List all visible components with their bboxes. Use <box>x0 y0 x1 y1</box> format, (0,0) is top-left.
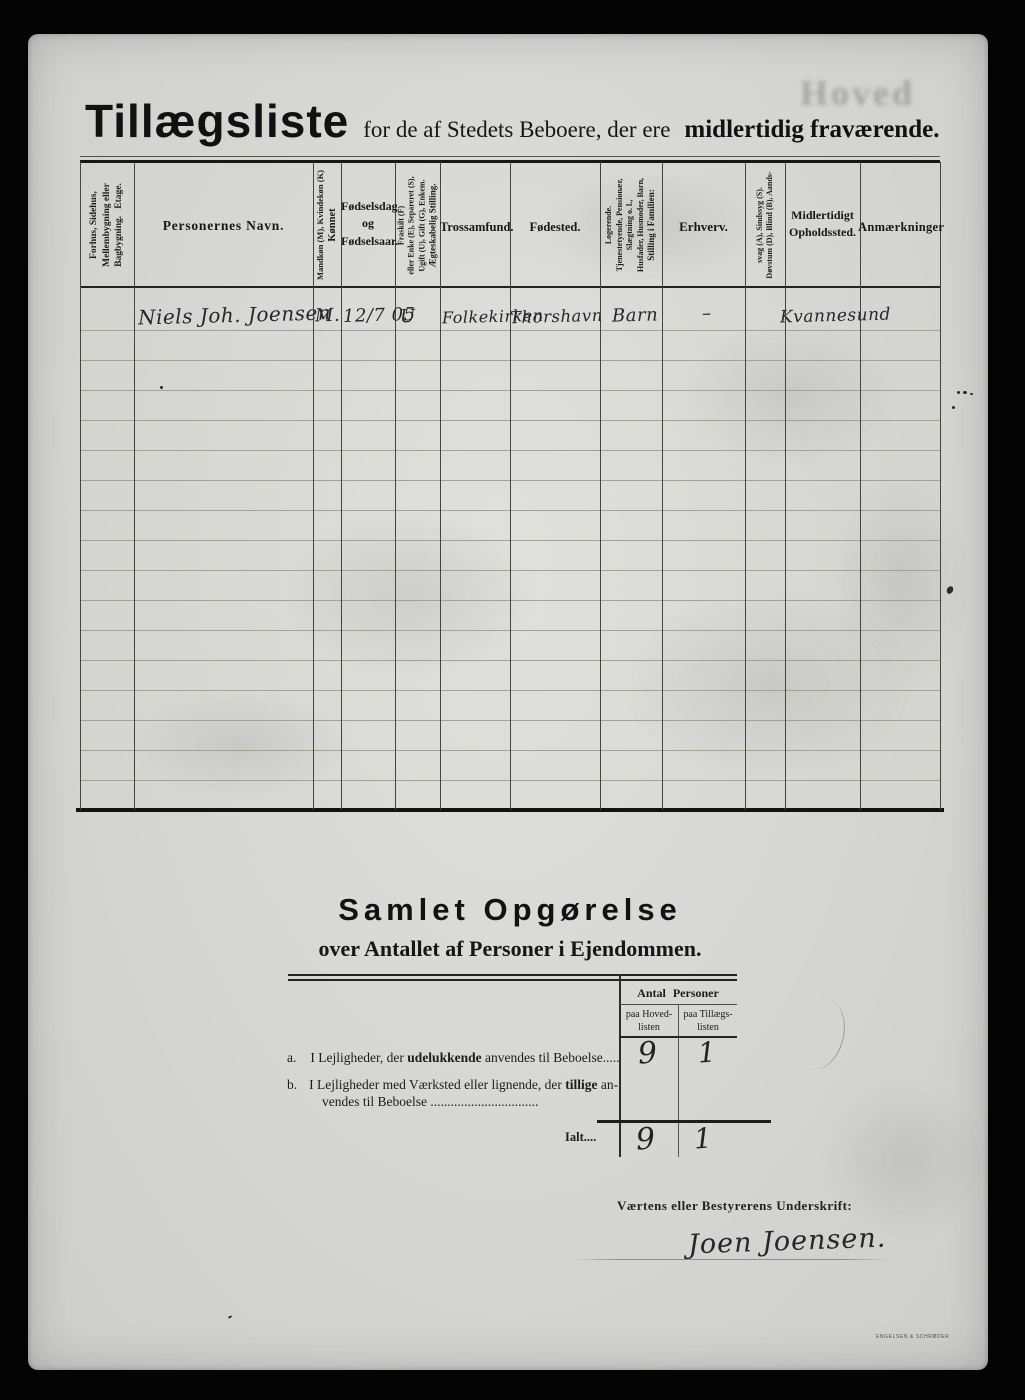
title-emphasis: midlertidig fraværende. <box>684 116 939 144</box>
header-building: Forhus, Sidehus, Mellembygning eller Bag… <box>81 164 133 286</box>
summary-total-hovedlisten-value: 9 <box>635 1121 656 1157</box>
header-birthplace: Fødested. <box>510 218 600 236</box>
header-marital-line: Fraskilt (F) <box>397 206 407 245</box>
summary-row-a-prefix: a. <box>287 1050 296 1065</box>
header-marital-line: eller Enke (E), Separeret (S), <box>407 176 417 274</box>
column-line <box>440 162 441 810</box>
summary-row-b-bold: tillige <box>565 1077 597 1092</box>
summary-row-a-text: anvendes til Beboelse..... <box>482 1050 620 1065</box>
printer-mark: ENGELSEN & SCHRØDER <box>876 1334 949 1340</box>
summary-total-rule <box>597 1120 771 1123</box>
header-family-line: Husfader, Husmoder, Barn, <box>636 178 646 272</box>
header-family-line: Tjenestetyende, Pensionær, <box>615 179 625 272</box>
header-birth: Fødselsdag og Fødselsaar. <box>341 198 395 250</box>
ink-speck <box>970 393 973 395</box>
summary-col1-line: paa Hoved- <box>620 1009 678 1022</box>
header-family: Logerende. Tjenestetyende, Pensionær, Sl… <box>601 164 661 286</box>
summary-col2-line: listen <box>679 1022 737 1035</box>
title-main: Tillægsliste <box>85 94 349 148</box>
header-whereabouts-line: Opholdssted. <box>785 224 860 241</box>
scanned-census-page: Hoved Tillægsliste for de af Stedets Beb… <box>0 0 1025 1400</box>
header-marital: Fraskilt (F) eller Enke (E), Separeret (… <box>397 164 440 288</box>
summary-heading: Samlet Opgørelse <box>290 892 730 928</box>
summary-col1-line: listen <box>620 1022 678 1035</box>
column-line <box>662 162 663 810</box>
summary-row-b-cont: vendes til Beboelse ....................… <box>322 1094 538 1110</box>
header-disability: svag (A), Sindssyg (S). Døvstum (D), Bli… <box>746 164 784 286</box>
header-marital-line: Ugift (U), Gift (G), Enkem. <box>417 179 427 271</box>
header-religion: Trossamfund. <box>440 218 510 236</box>
header-disability-line: Døvstum (D), Blind (B), Aands- <box>765 171 775 278</box>
summary-row-a: a.I Lejligheder, der udelukkende anvende… <box>287 1050 620 1066</box>
entry-birthplace: Thorshavn <box>510 306 603 327</box>
header-birth-line: Fødselsdag <box>341 198 395 215</box>
summary-top-rule <box>288 979 737 981</box>
signature-line <box>572 1259 890 1260</box>
header-birth-line: og <box>341 215 395 232</box>
summary-col2-header: paa Tillægs- listen <box>679 1009 737 1034</box>
header-birth-line: Fødselsaar. <box>341 233 395 250</box>
header-disability-line: svag (A), Sindssyg (S). <box>755 187 765 263</box>
header-remarks: Anmærkninger <box>858 218 942 236</box>
header-name: Personernes Navn. <box>134 216 313 236</box>
entry-name: Niels Joh. Joensen <box>138 300 332 329</box>
title-middle: for de af Stedets Beboere, der ere <box>363 117 670 143</box>
summary-row-b: b.I Lejligheder med Værksted eller ligne… <box>287 1077 618 1093</box>
summary-row-b-text: an- <box>598 1077 619 1092</box>
entry-whereabouts: Kvannesund <box>780 305 891 328</box>
header-marital-main: Ægteskabelig Stilling. <box>428 184 440 268</box>
summary-row-a-bold: udelukkende <box>407 1050 481 1065</box>
column-line <box>510 162 511 810</box>
header-family-line: Slægtning o. l., <box>625 200 635 250</box>
header-building-line: Bagbygning. Etage. <box>113 183 125 267</box>
summary-top-rule <box>288 974 737 976</box>
entry-marital: U <box>400 306 416 327</box>
summary-row-b-text: I Lejligheder med Værksted eller lignend… <box>309 1077 565 1092</box>
summary-row-a-text: I Lejligheder, der <box>310 1050 407 1065</box>
entry-occupation: – <box>702 303 712 324</box>
summary-total-label: Ialt.... <box>565 1130 596 1145</box>
header-occupation: Erhverv. <box>662 218 745 237</box>
column-line <box>785 162 786 810</box>
summary-a-hovedlisten-value: 9 <box>637 1035 658 1071</box>
summary-col2-line: paa Tillægs- <box>679 1009 737 1022</box>
summary-total-tillaegslisten-value: 1 <box>693 1121 713 1155</box>
ink-speck <box>963 391 967 394</box>
column-line <box>860 162 861 810</box>
summary-col-group: Antal Personer <box>619 986 737 1001</box>
header-whereabouts-line: Midlertidigt <box>785 207 860 224</box>
header-family-main: Stilling i Familien: <box>646 189 658 261</box>
ink-speck <box>952 406 955 409</box>
table-top-thin-rule <box>80 156 940 157</box>
header-sex-main: Kønnet <box>326 208 340 241</box>
column-line <box>341 162 342 810</box>
header-sex-detail: Mandkøn (M), Kvindekøn (K) <box>315 170 326 280</box>
entry-sex: M. <box>315 305 341 327</box>
summary-row-b-prefix: b. <box>287 1077 297 1092</box>
summary-col1-header: paa Hoved- listen <box>620 1009 678 1034</box>
ink-speck <box>957 391 960 394</box>
column-line <box>134 162 135 810</box>
header-sex: Mandkøn (M), Kvindekøn (K) Kønnet <box>314 164 340 286</box>
header-building-line: Mellembygning eller <box>101 183 113 267</box>
document-title: Tillægsliste for de af Stedets Beboere, … <box>85 94 939 148</box>
signature-label: Værtens eller Bestyrerens Underskrift: <box>617 1198 852 1214</box>
entry-family-position: Barn <box>612 304 659 326</box>
column-line <box>940 162 941 810</box>
summary-a-tillaegslisten-value: 1 <box>697 1035 717 1069</box>
summary-subheading: over Antallet af Personer i Ejendommen. <box>250 936 770 962</box>
header-whereabouts: Midlertidigt Opholdssted. <box>785 207 860 242</box>
header-family-line: Logerende. <box>604 206 614 244</box>
header-building-line: Forhus, Sidehus, <box>88 191 100 259</box>
